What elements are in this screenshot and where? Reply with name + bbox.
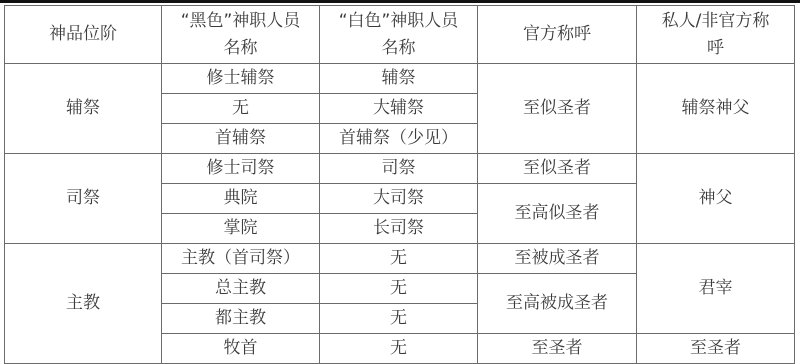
table-row: 辅祭 修士辅祭 辅祭 至似圣者 辅祭神父 bbox=[5, 64, 795, 94]
table-row: 司祭 修士司祭 司祭 至似圣者 神父 bbox=[5, 154, 795, 184]
official-address-cell: 至圣者 bbox=[478, 334, 637, 364]
header-black-clergy: “黑色”神职人员 名称 bbox=[162, 6, 320, 64]
header-white-clergy: “白色”神职人员 名称 bbox=[320, 6, 478, 64]
black-clergy-cell: 修士司祭 bbox=[162, 154, 320, 184]
white-clergy-cell: 长司祭 bbox=[320, 214, 478, 244]
official-address-cell: 至被成圣者 bbox=[478, 244, 637, 274]
black-clergy-cell: 修士辅祭 bbox=[162, 64, 320, 94]
official-address-cell: 至似圣者 bbox=[478, 64, 637, 154]
white-clergy-cell: 首辅祭（少见） bbox=[320, 124, 478, 154]
header-row: 神品位阶 “黑色”神职人员 名称 “白色”神职人员 名称 官方称呼 私人/非官方… bbox=[5, 6, 795, 64]
black-clergy-cell: 总主教 bbox=[162, 274, 320, 304]
white-clergy-cell: 司祭 bbox=[320, 154, 478, 184]
rank-cell: 主教 bbox=[5, 244, 162, 364]
white-clergy-cell: 辅祭 bbox=[320, 64, 478, 94]
header-informal-address: 私人/非官方称 呼 bbox=[637, 6, 795, 64]
rank-cell: 司祭 bbox=[5, 154, 162, 244]
white-clergy-cell: 无 bbox=[320, 244, 478, 274]
black-clergy-cell: 掌院 bbox=[162, 214, 320, 244]
white-clergy-cell: 大司祭 bbox=[320, 184, 478, 214]
black-clergy-cell: 牧首 bbox=[162, 334, 320, 364]
official-address-cell: 至似圣者 bbox=[478, 154, 637, 184]
clergy-ranks-table: 神品位阶 “黑色”神职人员 名称 “白色”神职人员 名称 官方称呼 私人/非官方… bbox=[4, 5, 795, 364]
official-address-cell: 至高似圣者 bbox=[478, 184, 637, 244]
black-clergy-cell: 都主教 bbox=[162, 304, 320, 334]
black-clergy-cell: 首辅祭 bbox=[162, 124, 320, 154]
informal-address-cell: 至圣者 bbox=[637, 334, 795, 364]
header-official-address: 官方称呼 bbox=[478, 6, 637, 64]
table-row: 主教 主教（首司祭） 无 至被成圣者 君宰 bbox=[5, 244, 795, 274]
black-clergy-cell: 无 bbox=[162, 94, 320, 124]
informal-address-cell: 神父 bbox=[637, 154, 795, 244]
top-edge-bar bbox=[0, 0, 800, 3]
white-clergy-cell: 无 bbox=[320, 304, 478, 334]
white-clergy-cell: 大辅祭 bbox=[320, 94, 478, 124]
white-clergy-cell: 无 bbox=[320, 274, 478, 304]
rank-cell: 辅祭 bbox=[5, 64, 162, 154]
header-rank: 神品位阶 bbox=[5, 6, 162, 64]
white-clergy-cell: 无 bbox=[320, 334, 478, 364]
black-clergy-cell: 典院 bbox=[162, 184, 320, 214]
informal-address-cell: 君宰 bbox=[637, 244, 795, 334]
informal-address-cell: 辅祭神父 bbox=[637, 64, 795, 154]
official-address-cell: 至高被成圣者 bbox=[478, 274, 637, 334]
black-clergy-cell: 主教（首司祭） bbox=[162, 244, 320, 274]
